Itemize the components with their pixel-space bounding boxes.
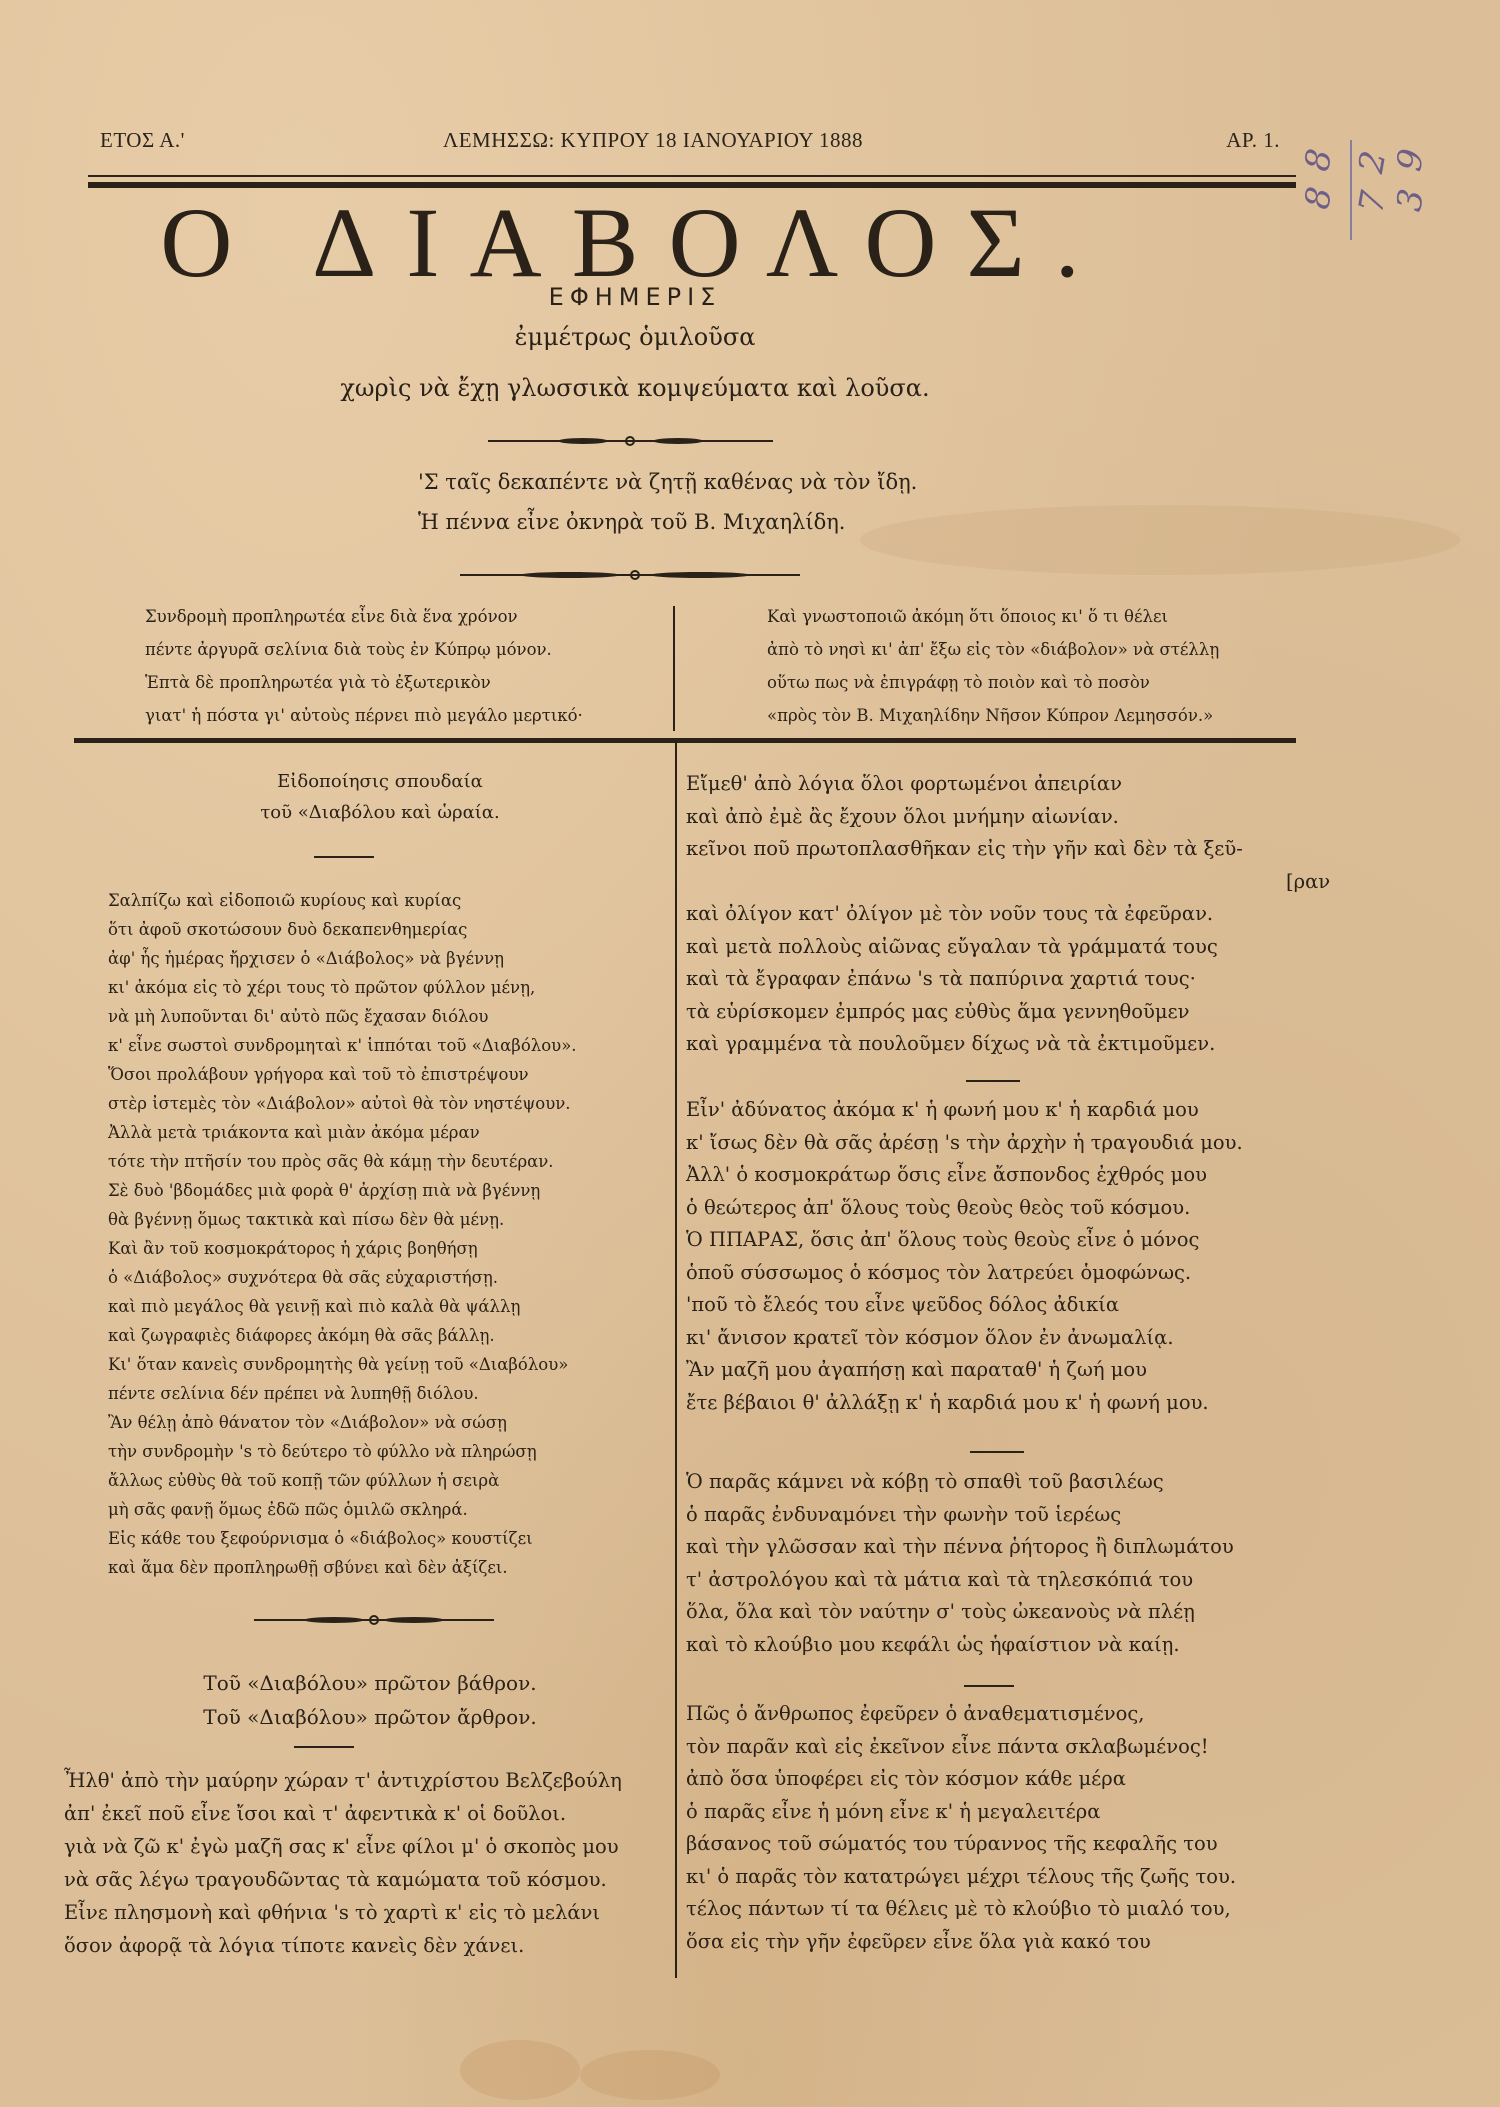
verse-line: κι' ἀκόμα εἰς τὸ χέρι τους τὸ πρῶτον φύλ… [108, 973, 577, 1002]
first-article-poem: Ἦλθ' ἀπὸ τὴν μαύρην χώραν τ' ἀντιχρίστου… [64, 1764, 622, 1962]
verse-line: Εἶν' ἀδύνατος ἀκόμα κ' ἡ φωνή μου κ' ἡ κ… [686, 1094, 1243, 1127]
verse-line: ὅτι ἀφοῦ σκοτώσουν δυὸ δεκαπενθημερίας [108, 915, 577, 944]
verse-line: πέντε σελίνια δέν πρέπει νὰ λυπηθῇ διόλο… [108, 1379, 577, 1408]
verse-line: κ' ἴσως δὲν θὰ σᾶς ἀρέσῃ 's τὴν ἀρχὴν ἡ … [686, 1127, 1243, 1160]
newspaper-title: Ο ΔΙΑΒΟΛΟΣ. [0, 188, 1500, 298]
heading-line: τοῦ «Διαβόλου καὶ ὡραία. [100, 797, 660, 828]
verse-line: τὸν παρᾶν καὶ εἰς ἐκεῖνον εἶνε πάντα σκλ… [686, 1731, 1236, 1764]
verse-line: καὶ πιὸ μεγάλος θὰ γεινῇ καὶ πιὸ καλὰ θὰ… [108, 1292, 577, 1321]
verse-line: γιὰ νὰ ζῶ κ' ἐγὼ μαζῆ σας κ' εἶνε φίλοι … [64, 1830, 622, 1863]
verse-line: καὶ μετὰ πολλοὺς αἰῶνας εὔγαλαν τὰ γράμμ… [686, 931, 1330, 964]
notice-poem: Σαλπίζω καὶ εἰδοποιῶ κυρίους καὶ κυρίας … [108, 886, 577, 1582]
paper-stain [460, 2040, 580, 2100]
poem-stanza: Πῶς ὁ ἄνθρωπος ἐφεῦρεν ὁ ἀναθεματισμένος… [686, 1698, 1236, 1958]
subtitle-line: χωρὶς νὰ ἔχῃ γλωσσικὰ κομψεύματα καὶ λοῦ… [0, 374, 1500, 402]
poem-stanza: Εἶν' ἀδύνατος ἀκόμα κ' ἡ φωνή μου κ' ἡ κ… [686, 1094, 1243, 1419]
subscription-terms: Συνδρομὴ προπληρωτέα εἶνε διὰ ἕνα χρόνον… [145, 600, 583, 732]
verse-line: Καὶ ἂν τοῦ κοσμοκράτορος ἡ χάρις βοηθήσῃ [108, 1234, 577, 1263]
verse-line: ὁποῦ σύσσωμος ὁ κόσμος τὸν λατρεύει ὁμοφ… [686, 1257, 1243, 1290]
verse-line: καὶ ζωγραφιὲς διάφορες ἀκόμη θὰ σᾶς βάλλ… [108, 1321, 577, 1350]
verse-line: τ' ἀστρολόγου καὶ τὰ μάτια καὶ τὰ τηλεσκ… [686, 1564, 1234, 1597]
verse-line: κι' ἄνισον κρατεῖ τὸν κόσμον ὅλον ἐν ἀνω… [686, 1322, 1243, 1355]
verse-line-continuation: [ραν [686, 866, 1330, 899]
verse-line: μὴ σᾶς φανῇ ὅμως ἐδῶ πῶς ὁμιλῶ σκληρά. [108, 1495, 577, 1524]
subscription-address: Καὶ γνωστοποιῶ ἀκόμη ὅτι ὅποιος κι' ὅ τι… [767, 600, 1219, 732]
verse-line: νὰ σᾶς λέγω τραγουδῶντας τὰ καμώματα τοῦ… [64, 1863, 622, 1896]
verse-line: Σὲ δυὸ 'βδομάδες μιὰ φορὰ θ' ἀρχίσῃ πιὰ … [108, 1176, 577, 1205]
verse-line: ὅσα εἰς τὴν γῆν ἐφεῦρεν εἶνε ὅλα γιὰ κακ… [686, 1926, 1236, 1959]
short-rule [964, 1685, 1014, 1687]
motto-line: 'Σ ταῖς δεκαπέντε νὰ ζητῇ καθένας νὰ τὸν… [418, 470, 917, 494]
verse-line: Πῶς ὁ ἄνθρωπος ἐφεῦρεν ὁ ἀναθεματισμένος… [686, 1698, 1236, 1731]
notice-heading: Εἰδοποίησις σπουδαία τοῦ «Διαβόλου καὶ ὡ… [100, 766, 660, 828]
subscription-line: γιατ' ἡ πόστα γι' αὐτοὺς πέρνει πιὸ μεγά… [145, 699, 583, 732]
heading-line: Τοῦ «Διαβόλου» πρῶτον βάθρον. [60, 1666, 680, 1700]
verse-line: καὶ γραμμένα τὰ πουλοῦμεν δίχως νὰ τὰ ἐκ… [686, 1028, 1330, 1061]
verse-line: ὁ θεώτερος ἀπ' ὅλους τοὺς θεοὺς θεὸς τοῦ… [686, 1192, 1243, 1225]
volume-year: ΕΤΟΣ Α.' [100, 128, 185, 153]
subscription-line: οὕτω πως νὰ ἐπιγράφῃ τὸ ποιὸν καὶ τὸ ποσ… [767, 666, 1219, 699]
issue-number: ΑΡ. 1. [1226, 128, 1280, 153]
motto-line: Ἡ πέννα εἶνε ὀκνηρὰ τοῦ Β. Μιχαηλίδη. [418, 510, 846, 534]
handwritten-digit: 8 [1297, 146, 1340, 174]
verse-line: Ἀλλ' ὁ κοσμοκράτωρ ὅσις εἶνε ἄσπονδος ἐχ… [686, 1159, 1243, 1192]
verse-line: καὶ τὴν γλῶσσαν καὶ τὴν πέννα ῥήτορος ἢ … [686, 1531, 1234, 1564]
subscription-line: «πρὸς τὸν Β. Μιχαηλίδην Νῆσον Κύπρον Λεμ… [767, 699, 1219, 732]
subtitle-line: ἐμμέτρως ὁμιλοῦσα [0, 323, 1500, 351]
verse-line: στὲρ ἰστεμὲς τὸν «Διάβολον» αὐτοὶ θὰ τὸν… [108, 1089, 577, 1118]
verse-line: Σαλπίζω καὶ εἰδοποιῶ κυρίους καὶ κυρίας [108, 886, 577, 915]
verse-line: ἀπὸ ὅσα ὑποφέρει εἰς τὸν κόσμον κάθε μέρ… [686, 1763, 1236, 1796]
paper-stain [580, 2050, 720, 2100]
verse-line: ὁ παρᾶς ἐνδυναμόνει τὴν φωνὴν τοῦ ἱερέως [686, 1499, 1234, 1532]
verse-line: τὴν συνδρομὴν 's τὸ δεύτερο τὸ φύλλο νὰ … [108, 1437, 577, 1466]
verse-line: καὶ ἀπὸ ἐμὲ ἂς ἔχουν ὅλοι μνήμην αἰωνίαν… [686, 801, 1330, 834]
verse-line: καὶ τὰ ἔγραφαν ἐπάνω 's τὰ παπύρινα χαρτ… [686, 963, 1330, 996]
verse-line: νὰ μὴ λυποῦνται δι' αὐτὸ πῶς ἔχασαν διόλ… [108, 1002, 577, 1031]
ornament-divider [460, 570, 800, 580]
verse-line: Εἶνε πλησμονὴ καὶ φθήνια 's τὸ χαρτὶ κ' … [64, 1896, 622, 1929]
verse-line: Ἂν μαζῆ μου ἀγαπήσῃ καὶ παραταθ' ἡ ζωή μ… [686, 1354, 1243, 1387]
subscription-line: πέντε ἀργυρᾶ σελίνια διὰ τοὺς ἐν Κύπρῳ μ… [145, 633, 583, 666]
paper-stain [860, 505, 1460, 575]
verse-line: Κι' ὅταν κανεὶς συνδρομητὴς θὰ γείνῃ τοῦ… [108, 1350, 577, 1379]
verse-line: τὰ εὑρίσκομεν ἐμπρός μας εὐθὺς ἅμα γεννη… [686, 996, 1330, 1029]
masthead-topline: ΕΤΟΣ Α.' ΛΕΜΗΣΣΩ: ΚΥΠΡΟΥ 18 ΙΑΝΟΥΑΡΙΟΥ 1… [100, 128, 1280, 152]
verse-line: τότε τὴν πτῆσίν του πρὸς σᾶς θὰ κάμῃ τὴν… [108, 1147, 577, 1176]
verse-line: Ἦλθ' ἀπὸ τὴν μαύρην χώραν τ' ἀντιχρίστου… [64, 1764, 622, 1797]
short-rule [970, 1451, 1024, 1453]
heading-line: Εἰδοποίησις σπουδαία [100, 766, 660, 797]
heading-line: Τοῦ «Διαβόλου» πρῶτον ἄρθρον. [60, 1700, 680, 1734]
verse-line: θὰ βγέννῃ ὅμως τακτικὰ καὶ πίσω δὲν θὰ μ… [108, 1205, 577, 1234]
subscription-line: Καὶ γνωστοποιῶ ἀκόμη ὅτι ὅποιος κι' ὅ τι… [767, 600, 1219, 633]
poem-stanza: Εἴμεθ' ἀπὸ λόγια ὅλοι φορτωμένοι ἀπειρία… [686, 768, 1330, 1061]
verse-line: ὁ «Διάβολος» συχνότερα θὰ σᾶς εὐχαριστήσ… [108, 1263, 577, 1292]
verse-line: ὅσον ἀφορᾷ τὰ λόγια τίποτε κανεὶς δὲν χά… [64, 1929, 622, 1962]
verse-line: ὁ παρᾶς εἶνε ἡ μόνη εἶνε κ' ἡ μεγαλειτέρ… [686, 1796, 1236, 1829]
verse-line: ἔτε βέβαιοι θ' ἀλλάξῃ κ' ἡ καρδιά μου κ'… [686, 1387, 1243, 1420]
verse-line: ἄλλως εὐθὺς θὰ τοῦ κοπῇ τῶν φύλλων ἡ σει… [108, 1466, 577, 1495]
subscription-divider [673, 606, 675, 731]
handwritten-digit: 9 [1389, 146, 1432, 174]
subscription-line: ἀπὸ τὸ νησὶ κι' ἀπ' ἔξω εἰς τὸν «διάβολο… [767, 633, 1219, 666]
subscription-line: Συνδρομὴ προπληρωτέα εἶνε διὰ ἕνα χρόνον [145, 600, 583, 633]
short-rule [966, 1080, 1020, 1082]
verse-line: Ὅσοι προλάβουν γρήγορα καὶ τοῦ τὸ ἐπιστρ… [108, 1060, 577, 1089]
subscription-line: Ἑπτὰ δὲ προπληρωτέα γιὰ τὸ ἐξωτερικὸν [145, 666, 583, 699]
verse-line: τέλος πάντων τί τα θέλεις μὲ τὸ κλούβιο … [686, 1893, 1236, 1926]
verse-line: Ἂν θέλῃ ἀπὸ θάνατον τὸν «Διάβολον» νὰ σώ… [108, 1408, 577, 1437]
verse-line: καὶ τὸ κλούβιο μου κεφάλι ὡς ἡφαίστιον ν… [686, 1629, 1234, 1662]
ornament-divider [488, 436, 773, 446]
handwritten-digit: 2 [1351, 148, 1394, 176]
verse-line: Ὁ ΠΠΑΡΑΣ, ὅσις ἀπ' ὅλους τοὺς θεοὺς εἶνε… [686, 1224, 1243, 1257]
column-divider [675, 742, 677, 1978]
verse-line: Εἰς κάθε του ξεφούρνισμα ὁ «διάβολος» κο… [108, 1524, 577, 1553]
verse-line: καὶ ὀλίγον κατ' ὀλίγον μὲ τὸν νοῦν τους … [686, 898, 1330, 931]
poem-stanza: Ὁ παρᾶς κάμνει νὰ κόβῃ τὸ σπαθὶ τοῦ βασι… [686, 1466, 1234, 1661]
verse-line: Ὁ παρᾶς κάμνει νὰ κόβῃ τὸ σπαθὶ τοῦ βασι… [686, 1466, 1234, 1499]
ornament-divider [254, 1615, 494, 1625]
dateline: ΛΕΜΗΣΣΩ: ΚΥΠΡΟΥ 18 ΙΑΝΟΥΑΡΙΟΥ 1888 [443, 128, 863, 153]
masthead-rule-thin [88, 175, 1296, 177]
verse-line: 'ποῦ τὸ ἔλεός του εἶνε ψεῦδος δόλος ἀδικ… [686, 1289, 1243, 1322]
verse-line: ἀφ' ἧς ἡμέρας ἤρχισεν ὁ «Διάβολος» νὰ βγ… [108, 944, 577, 973]
verse-line: Εἴμεθ' ἀπὸ λόγια ὅλοι φορτωμένοι ἀπειρία… [686, 768, 1330, 801]
verse-line: κεῖνοι ποῦ πρωτοπλασθῆκαν εἰς τὴν γῆν κα… [686, 833, 1330, 866]
verse-line: κ' εἶνε σωστοὶ συνδρομηταὶ κ' ἱππόται το… [108, 1031, 577, 1060]
verse-line: Ἀλλὰ μετὰ τριάκοντα καὶ μιὰν ἀκόμα μέραν [108, 1118, 577, 1147]
verse-line: βάσανος τοῦ σώματός του τύραννος τῆς κεφ… [686, 1828, 1236, 1861]
verse-line: ἀπ' ἐκεῖ ποῦ εἶνε ἴσοι καὶ τ' ἀφεντικὰ κ… [64, 1797, 622, 1830]
verse-line: καὶ ἅμα δὲν προπληρωθῇ σβύνει καὶ δὲν ἀξ… [108, 1553, 577, 1582]
subtitle-newspaper: ΕΦΗΜΕΡΙΣ [0, 283, 1500, 311]
article-heading: Τοῦ «Διαβόλου» πρῶτον βάθρον. Τοῦ «Διαβό… [60, 1666, 680, 1734]
short-rule [294, 1746, 354, 1748]
verse-line: ὅλα, ὅλα καὶ τὸν ναύτην σ' τοὺς ὠκεανοὺς… [686, 1596, 1234, 1629]
section-rule [74, 738, 1296, 743]
verse-line: κι' ὁ παρᾶς τὸν κατατρώγει μέχρι τέλους … [686, 1861, 1236, 1894]
short-rule [314, 856, 374, 858]
